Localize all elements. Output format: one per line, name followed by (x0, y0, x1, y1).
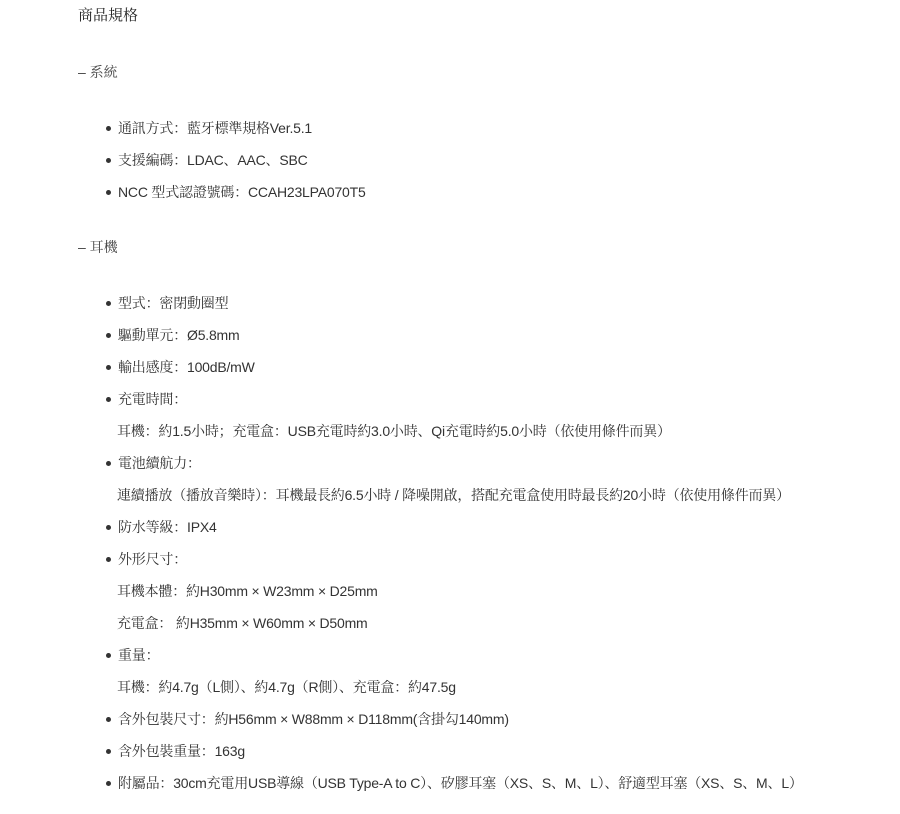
bullet-icon (106, 461, 111, 466)
spec-text: 防水等級：IPX4 (118, 517, 217, 537)
spec-text: 輸出感度：100dB/mW (118, 357, 255, 377)
spec-text: 型式：密閉動圈型 (118, 293, 228, 313)
spec-text: 通訊方式：藍牙標準規格Ver.5.1 (118, 118, 312, 138)
bullet-icon (106, 525, 111, 530)
bullet-icon (106, 190, 111, 195)
spec-text: 含外包裝尺寸：約H56mm × W88mm × D118mm(含掛勾140mm) (118, 709, 509, 729)
bullet-icon (106, 653, 111, 658)
spec-detail-case-dimensions: 充電盒： 約H35mm × W60mm × D50mm (117, 613, 368, 633)
bullet-icon (106, 365, 111, 370)
spec-text: 驅動單元：Ø5.8mm (118, 325, 239, 345)
section-heading-system: – 系統 (78, 62, 118, 82)
page-title: 商品規格 (78, 6, 138, 26)
bullet-icon (106, 397, 111, 402)
spec-detail-weight: 耳機：約4.7g（L側）、約4.7g（R側）、充電盒：約47.5g (117, 677, 456, 697)
bullet-icon (106, 126, 111, 131)
spec-detail-battery-life: 連續播放（播放音樂時）：耳機最長約6.5小時 / 降噪開啟，搭配充電盒使用時最長… (117, 485, 790, 505)
spec-text: 外形尺寸： (118, 549, 187, 569)
spec-detail-earphone-dimensions: 耳機本體：約H30mm × W23mm × D25mm (117, 581, 378, 601)
spec-text: 重量： (118, 645, 159, 665)
bullet-icon (106, 158, 111, 163)
spec-detail-charging-time: 耳機：約1.5小時；充電盒：USB充電時約3.0小時、Qi充電時約5.0小時（依… (117, 421, 671, 441)
bullet-icon (106, 717, 111, 722)
spec-text: 附屬品：30cm充電用USB導線（USB Type-A to C）、矽膠耳塞（X… (118, 773, 803, 793)
bullet-icon (106, 333, 111, 338)
spec-text: 電池續航力： (118, 453, 201, 473)
spec-text: NCC 型式認證號碼：CCAH23LPA070T5 (118, 182, 366, 202)
spec-text: 含外包裝重量：163g (118, 741, 245, 761)
bullet-icon (106, 301, 111, 306)
bullet-icon (106, 749, 111, 754)
spec-text: 支援編碼：LDAC、AAC、SBC (118, 150, 308, 170)
section-heading-earphones: – 耳機 (78, 237, 118, 257)
spec-text: 充電時間： (118, 389, 187, 409)
bullet-icon (106, 781, 111, 786)
bullet-icon (106, 557, 111, 562)
